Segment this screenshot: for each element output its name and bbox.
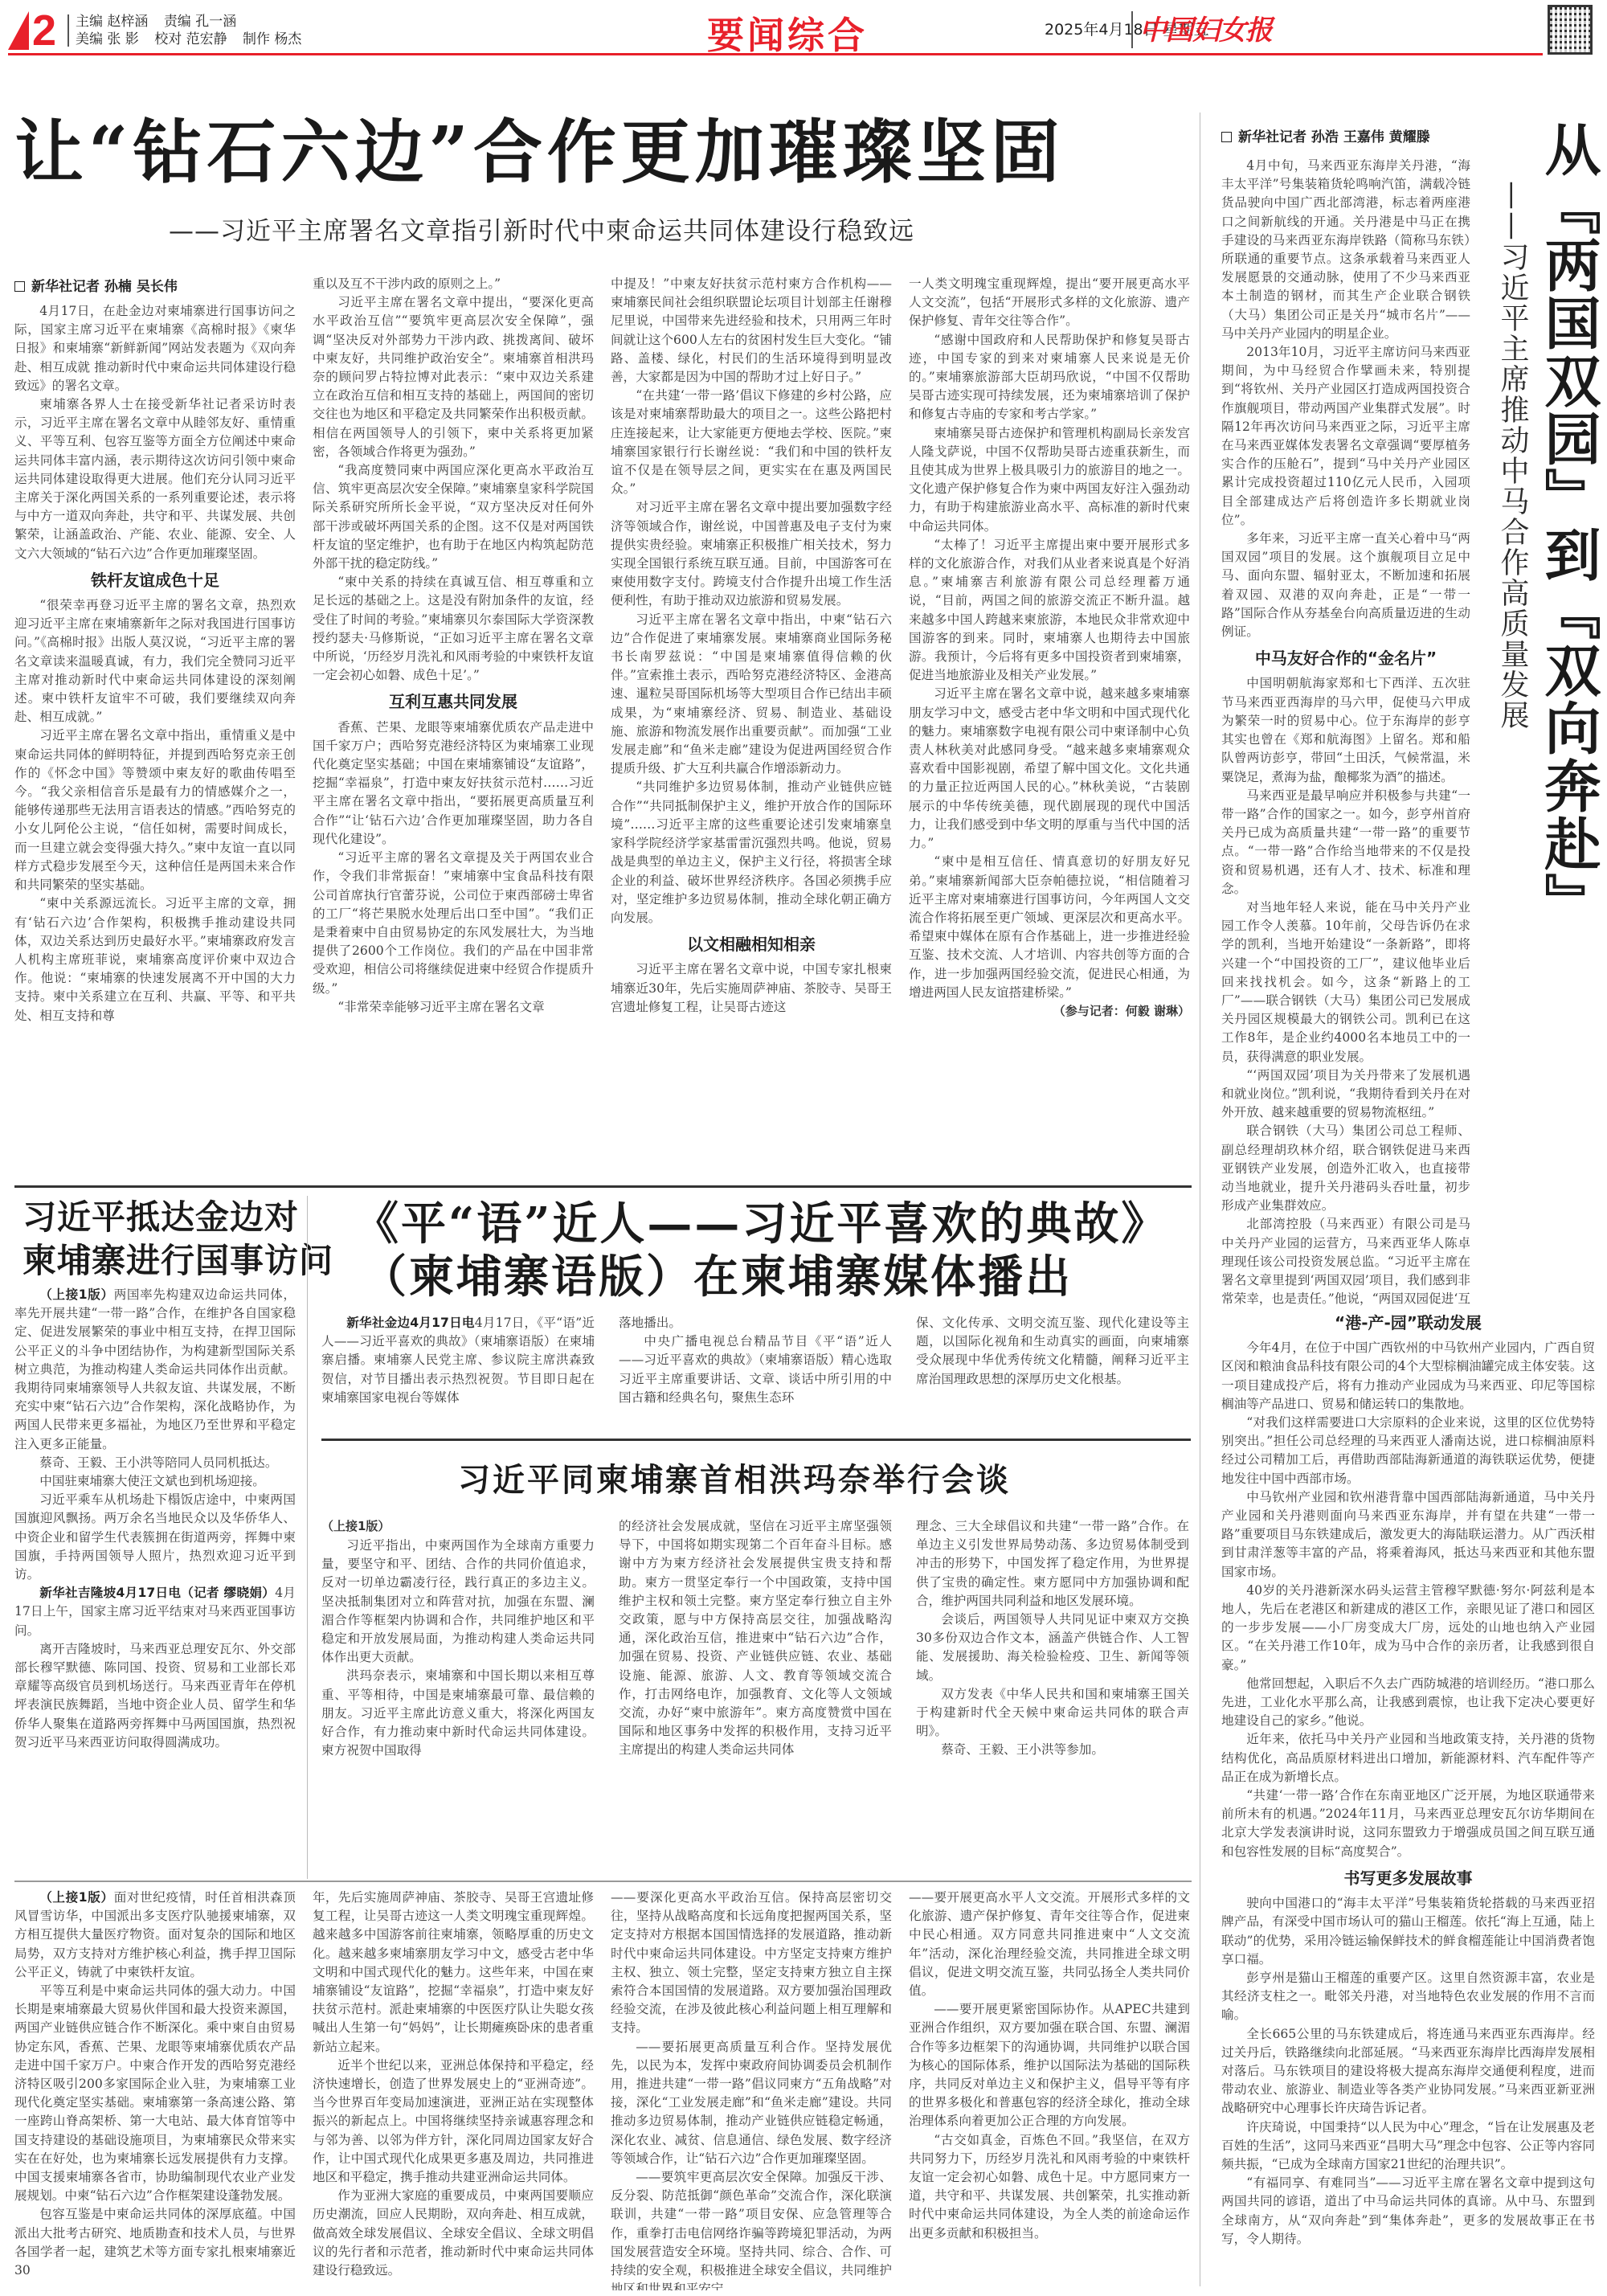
dateline: 新华社吉隆坡4月17日电（记者 缪晓娟） bbox=[39, 1586, 275, 1600]
paragraph: “我高度赞同柬中两国应深化更高水平政治互信、筑牢更高层次安全保障。”柬埔寨皇家科… bbox=[313, 461, 594, 573]
paragraph: 4月17日，在赴金边对柬埔寨进行国事访问之际，国家主席习近平在柬埔寨《高棉时报》… bbox=[14, 302, 296, 395]
paragraph: ——要开展更紧密国际协作。从APEC共建到亚洲合作组织，双方要加强在联合国、东盟… bbox=[909, 2000, 1190, 2130]
paragraph: 中央广播电视总台精品节目《平“语”近人——习近平喜欢的典故》（柬埔寨语版）精心选… bbox=[619, 1332, 892, 1406]
lead-column-2: 重以及互不干涉内政的原则之上。”习近平主席在署名文章中提出，“要深化更高水平政治… bbox=[313, 275, 594, 1174]
paragraph: 洪玛奈表示，柬埔寨和中国长期以来相互尊重、平等相待，中国是柬埔寨最可靠、最信赖的… bbox=[321, 1667, 595, 1760]
paragraph: 新华社金边4月17日电4月17日，《平“语”近人——习近平喜欢的典故》（柬埔寨语… bbox=[321, 1314, 595, 1406]
paragraph: 落地播出。 bbox=[619, 1314, 892, 1332]
paragraph: 保、文化传承、文明交流互鉴、现代化建设等主题，以国际化视角和生动真实的画面，向柬… bbox=[916, 1314, 1189, 1389]
paragraph: “共建‘一带一路’合作在东南亚地区广泛开展，为地区联通带来前所未有的机遇。”20… bbox=[1221, 1786, 1595, 1861]
paragraph: 他常回想起，入职后不久去广西防城港的培训经历。“港口那么先进，工业化水平那么高，… bbox=[1221, 1675, 1595, 1731]
qr-code-icon[interactable] bbox=[1548, 5, 1593, 55]
paragraph: 离开吉隆坡时，马来西亚总理安瓦尔、外交部部长穆罕默德、陈同国、投资、贸易和工业部… bbox=[14, 1640, 296, 1752]
paragraph: 彭亨州是猫山王榴莲的重要产区。这里自然资源丰富，农业是其经济支柱之一。毗邻关丹港… bbox=[1221, 1969, 1595, 2025]
continued-column-2: 年，先后实施周萨神庙、茶胶寺、吴哥王宫遗址修复工程，让吴哥古迹这一人类文明瑰宝重… bbox=[313, 1889, 594, 2290]
continued-column-1: （上接1版）面对世纪疫情，时任首相洪森顶风冒雪访华，中国派出多支医疗队驰援柬埔寨… bbox=[14, 1889, 296, 2290]
credits-line-1: 主编 赵梓涵 责编 孔一涵 bbox=[76, 13, 313, 31]
feature-vertical-subheadline: ——习近平主席推动中马合作高质量发展 bbox=[1496, 181, 1528, 731]
section-subheading: 中马友好合作的“金名片” bbox=[1221, 649, 1470, 668]
paragraph: 柬埔寨各界人士在接受新华社记者采访时表示，习近平主席在署名文章中从睦邻友好、重情… bbox=[14, 395, 296, 563]
paragraph: 会谈后，两国领导人共同见证中柬双方交换30多份双边合作文本，涵盖产供链合作、人工… bbox=[916, 1610, 1189, 1685]
paragraph: 香蕉、芒果、龙眼等柬埔寨优质农产品走进中国千家万户；西哈努克港经济特区为柬埔寨工… bbox=[313, 718, 594, 849]
paragraph: 近年来，依托马中关丹产业园和当地政策支持，关丹港的货物结构优化，高品质原材料进出… bbox=[1221, 1730, 1595, 1786]
square-bullet-icon bbox=[1221, 132, 1232, 142]
paragraph: “‘两国双园’项目为关丹带来了发展机遇和就业岗位。”凯利说，“我期待看到关丹在对… bbox=[1221, 1066, 1470, 1123]
dateline: （上接1版） bbox=[39, 1287, 114, 1302]
paragraph: 中国明朝航海家郑和七下西洋、五次驻节马来西亚西海岸的马六甲，促使马六甲成为繁荣一… bbox=[1221, 674, 1470, 786]
paragraph: ——要拓展更高质量互利合作。坚持发展优先，以民为本，发挥中柬政府间协调委员会机制… bbox=[611, 2038, 892, 2168]
paragraph: 习近平主席在署名文章中说，中国专家扎根柬埔寨近30年，先后实施周萨神庙、茶胶寺、… bbox=[611, 960, 892, 1017]
paragraph: 4月中旬，马来西亚东海岸关丹港，“海丰太平洋”号集装箱货轮鸣响汽笛，满载冷链货品… bbox=[1221, 157, 1470, 343]
page-number-badge: 2 bbox=[8, 11, 53, 50]
paragraph: “非常荣幸能够习近平主席在署名文章 bbox=[313, 998, 594, 1017]
paragraph: 40岁的关丹港新深水码头运营主管穆罕默德·努尔·阿兹利是本地人，先后在老港区和新… bbox=[1221, 1582, 1595, 1675]
newspaper-logo: 中国妇女报 bbox=[1139, 8, 1272, 47]
talks-headline[interactable]: 习近平同柬埔寨首相洪玛奈举行会谈 bbox=[458, 1455, 1011, 1500]
paragraph: 的经济社会发展成就，坚信在习近平主席坚强领导下，中国将如期实现第二个百年奋斗目标… bbox=[619, 1517, 892, 1760]
paragraph: 习近平主席在署名文章中指出，重情重义是中柬命运共同体的鲜明特征，并提到西哈努克亲… bbox=[14, 726, 296, 894]
video-column-1: 新华社金边4月17日电4月17日，《平“语”近人——习近平喜欢的典故》（柬埔寨语… bbox=[321, 1314, 595, 1406]
paragraph: “柬中关系的持续在真诚互信、相互尊重和立足长远的基础之上。这是没有附加条件的友谊… bbox=[313, 573, 594, 685]
continued-column-4: ——要开展更高水平人文交流。开展形式多样的文化旅游、遗产保护修复、青年交往等合作… bbox=[909, 1889, 1190, 2290]
section-title: 要闻综合 bbox=[707, 6, 868, 59]
paragraph: 对习近平主席在署名文章中提出要加强数字经济等领域合作，谢丝说，中国普惠及电子支付… bbox=[611, 498, 892, 610]
paragraph: 习近平主席在署名文章中说，越来越多柬埔寨朋友学习中文，感受古老中华文明和中国式现… bbox=[909, 685, 1190, 853]
video-headline[interactable]: 《平“语”近人——习近平喜欢的典故》 （柬埔寨语版）在柬埔寨媒体播出 bbox=[354, 1197, 1168, 1304]
talks-continued-label: （上接1版） bbox=[321, 1517, 390, 1534]
paragraph: 近半个世纪以来，亚洲总体保持和平稳定，经济快速增长，创造了世界发展史上的“亚洲奇… bbox=[313, 2057, 594, 2187]
paragraph: （上接1版）面对世纪疫情，时任首相洪森顶风冒雪访华，中国派出多支医疗队驰援柬埔寨… bbox=[14, 1889, 296, 1982]
feature-vertical-headline[interactable]: 从『两国双园』到『双向奔赴』 bbox=[1536, 121, 1601, 931]
paragraph: 习近平指出，中柬两国作为全球南方重要力量，要坚守和平、团结、合作的共同价值追求，… bbox=[321, 1537, 595, 1667]
video-column-2: 落地播出。中央广播电视总台精品节目《平“语”近人——习近平喜欢的典故》（柬埔寨语… bbox=[619, 1314, 892, 1406]
paragraph: 全长665公里的马东铁建成后，将连通马来西亚东西海岸。经过关丹后，铁路继续向北部… bbox=[1221, 2025, 1595, 2118]
paragraph: 新华社吉隆坡4月17日电（记者 缪晓娟）4月17日上午，国家主席习近平结束对马来… bbox=[14, 1584, 296, 1640]
section-subheading: 以文相融相知相亲 bbox=[611, 935, 892, 954]
paragraph: “太棒了！习近平主席提出柬中要开展形式多样的文化旅游合作，对我们从业者来说真是个… bbox=[909, 536, 1190, 686]
paragraph: 中提及！”中柬友好扶贫示范村柬方合作机构——柬埔寨民间社会组织联盟论坛项目计划部… bbox=[611, 275, 892, 387]
paragraph: 理念、三大全球倡议和共建“一带一路”合作。在单边主义引发世界局势动荡、多边贸易体… bbox=[916, 1517, 1189, 1610]
paragraph: “习近平主席的署名文章提及关于两国农业合作，令我们非常振奋！”柬埔寨中宝食品科技… bbox=[313, 849, 594, 998]
section-subheading: 互利互惠共同发展 bbox=[313, 693, 594, 711]
paragraph: 多年来，习近平主席一直关心着中马“两国双园”项目的发展。这个旗舰项目立足中马、面… bbox=[1221, 530, 1470, 641]
feature-byline: 新华社记者 孙浩 王嘉伟 黄耀滕 bbox=[1221, 125, 1430, 145]
talks-column-2: 的经济社会发展成就，坚信在习近平主席坚强领导下，中国将如期实现第二个百年奋斗目标… bbox=[619, 1517, 892, 1871]
paragraph: 习近平主席在署名文章中指出，中柬“钻石六边”合作促进了柬埔寨发展。柬埔寨商业国际… bbox=[611, 611, 892, 779]
paragraph: 习近平乘车从机场赴下榻饭店途中，中柬两国国旗迎风飘扬。两万余名当地民众以及华侨华… bbox=[14, 1491, 296, 1584]
paragraph: 今年4月，在位于中国广西钦州的中马钦州产业园内，广西自贸区闵和粮油食品科技有限公… bbox=[1221, 1339, 1595, 1414]
lead-byline: 新华社记者 孙楠 吴长伟 bbox=[14, 275, 178, 295]
chief-editor: 主编 赵梓涵 bbox=[76, 14, 148, 30]
arrival-article-body: （上接1版）两国率先构建双边命运共同体，率先开展共建“一带一路”合作，在维护各自… bbox=[14, 1286, 296, 1881]
proofreader: 校对 范宏静 bbox=[154, 31, 227, 47]
lead-subheadline: ——习近平主席署名文章指引新时代中柬命运共同体建设行稳致远 bbox=[169, 211, 914, 247]
paragraph: 联合钢铁（大马）集团公司总工程师、副总经理胡玖林介绍，联合钢铁促进马来西亚钢铁产… bbox=[1221, 1122, 1470, 1215]
square-bullet-icon bbox=[14, 281, 25, 292]
lead-column-4: 一人类文明瑰宝重现辉煌，提出“要开展更高水平人文交流”，包括“开展形式多样的文化… bbox=[909, 275, 1190, 1174]
paragraph: 对当地年轻人来说，能在马中关丹产业园工作令人羡慕。10年前，父母告诉仍在求学的凯… bbox=[1221, 898, 1470, 1066]
editor-credits: 主编 赵梓涵 责编 孔一涵 美编 张 影 校对 范宏静 制作 杨杰 bbox=[76, 13, 313, 48]
paragraph: 驶向中国港口的“海丰太平洋”号集装箱货轮搭载的马来西亚招牌产品，有深受中国市场认… bbox=[1221, 1894, 1595, 1969]
paragraph: 包容互鉴是中柬命运共同体的深厚底蕴。中国派出大批考古研究、地质勘查和技术人员，与… bbox=[14, 2205, 296, 2280]
credits-line-2: 美编 张 影 校对 范宏静 制作 杨杰 bbox=[76, 31, 313, 48]
feature-column-bottom: “港-产-园”联动发展今年4月，在位于中国广西钦州的中马钦州产业园内，广西自贸区… bbox=[1221, 1306, 1595, 2290]
lead-headline[interactable]: 让“钻石六边”合作更加璀璨坚固 bbox=[14, 113, 1065, 193]
paragraph: 北部湾控股（马来西亚）有限公司是马中关丹产业园的运营方，马来西亚华人陈卓理现任该… bbox=[1221, 1215, 1470, 1306]
paragraph: 一人类文明瑰宝重现辉煌，提出“要开展更高水平人文交流”，包括“开展形式多样的文化… bbox=[909, 275, 1190, 331]
paragraph: “古交如真金，百炼色不回。”我坚信，在双方共同努力下，历经岁月洗礼和风雨考验的中… bbox=[909, 2131, 1190, 2243]
section-subheading: 铁杆友谊成色十足 bbox=[14, 571, 296, 590]
paragraph: “感谢中国政府和人民帮助保护和修复吴哥古迹，中国专家的到来对柬埔寨人民来说是无价… bbox=[909, 331, 1190, 424]
masthead-rule bbox=[8, 53, 1543, 55]
paragraph: 作为亚洲大家庭的重要成员，中柬两国要顺应历史潮流，回应人民期盼，双向奔赴、相互成… bbox=[313, 2187, 594, 2280]
paragraph: 蔡奇、王毅、王小洪等参加。 bbox=[916, 1741, 1189, 1759]
paragraph: 平等互利是中柬命运共同体的强大动力。中国长期是柬埔寨最大贸易伙伴国和最大投资来源… bbox=[14, 1982, 296, 2205]
talks-column-3: 理念、三大全球倡议和共建“一带一路”合作。在单边主义引发世界局势动荡、多边贸易体… bbox=[916, 1517, 1189, 1871]
paragraph: 中国驻柬埔寨大使汪文斌也到机场迎接。 bbox=[14, 1472, 296, 1491]
lead-column-3: 中提及！”中柬友好扶贫示范村柬方合作机构——柬埔寨民间社会组织联盟论坛项目计划部… bbox=[611, 275, 892, 1174]
paragraph: 蔡奇、王毅、王小洪等陪同人员同机抵达。 bbox=[14, 1454, 296, 1472]
paragraph: 许庆琦说，中国秉持“以人民为中心”理念，“旨在让发展惠及老百姓的生活”，这同马来… bbox=[1221, 2118, 1595, 2175]
art-editor: 美编 张 影 bbox=[76, 31, 139, 47]
paragraph: 重以及互不干涉内政的原则之上。” bbox=[313, 275, 594, 293]
arrival-headline[interactable]: 习近平抵达金边对 柬埔寨进行国事访问 bbox=[22, 1196, 333, 1283]
contributor-note: （参与记者：何毅 谢琳） bbox=[909, 1002, 1190, 1021]
paragraph: 2013年10月，习近平主席访问马来西亚期间，为中马经贸合作擘画未来，特别提到“… bbox=[1221, 343, 1470, 530]
lead-column-1: 4月17日，在赴金边对柬埔寨进行国事访问之际，国家主席习近平在柬埔寨《高棉时报》… bbox=[14, 302, 296, 1174]
responsible-editor: 责编 孔一涵 bbox=[164, 14, 236, 30]
paragraph: “有福同享、有难同当”——习近平主席在署名文章中提到这句两国共同的谚语，道出了中… bbox=[1221, 2174, 1595, 2249]
talks-column-1: 习近平指出，中柬两国作为全球南方重要力量，要坚守和平、团结、合作的共同价值追求，… bbox=[321, 1537, 595, 1870]
paragraph: “柬中关系源远流长。习近平主席的文章，拥有‘钻石六边’合作架构，积极携手推动建设… bbox=[14, 894, 296, 1025]
paragraph: “很荣幸再登习近平主席的署名文章，热烈欢迎习近平主席在柬埔寨新年之际对我国进行国… bbox=[14, 596, 296, 726]
section-subheading: “港-产-园”联动发展 bbox=[1221, 1314, 1595, 1332]
paragraph: ——要深化更高水平政治互信。保持高层密切交往，坚持从战略高度和长远角度把握两国关… bbox=[611, 1889, 892, 2038]
paragraph: （上接1版）两国率先构建双边命运共同体，率先开展共建“一带一路”合作，在维护各自… bbox=[14, 1286, 296, 1454]
paragraph: “对我们这样需要进口大宗原料的企业来说，这里的区位优势特别突出。”担任公司总经理… bbox=[1221, 1414, 1595, 1488]
paragraph: 中马钦州产业园和钦州港背靠中国西部陆海新通道，马中关丹产业园和关丹港则面向马来西… bbox=[1221, 1488, 1595, 1582]
paragraph: 年，先后实施周萨神庙、茶胶寺、吴哥王宫遗址修复工程，让吴哥古迹这一人类文明瑰宝重… bbox=[313, 1889, 594, 2057]
paragraph: ——要筑牢更高层次安全保障。加强反干涉、反分裂、防范抵御“颜色革命”交流合作，深… bbox=[611, 2168, 892, 2290]
dateline: （上接1版） bbox=[39, 1890, 114, 1905]
producer: 制作 杨杰 bbox=[243, 31, 301, 47]
feature-column-top: 4月中旬，马来西亚东海岸关丹港，“海丰太平洋”号集装箱货轮鸣响汽笛，满载冷链货品… bbox=[1221, 157, 1470, 1306]
paragraph: 柬埔寨吴哥古迹保护和管理机构副局长亲发宫人隆戈萨说，中国不仅帮助吴哥古迹重获新生… bbox=[909, 424, 1190, 536]
paragraph: 马来西亚是最早响应并积极参与共建“一带一路”合作的国家之一。如今，彭亨州首府关丹… bbox=[1221, 787, 1470, 898]
masthead: 2 主编 赵梓涵 责编 孔一涵 美编 张 影 校对 范宏静 制作 杨杰 要闻综合… bbox=[0, 0, 1607, 58]
section-subheading: 书写更多发展故事 bbox=[1221, 1869, 1595, 1888]
paragraph: “共同维护多边贸易体制，推动产业链供应链合作”“共同抵制保护主义，维护开放合作的… bbox=[611, 778, 892, 927]
paragraph: “柬中是相互信任、情真意切的好朋友好兄弟。”柬埔寨新闻部大臣奈帕德拉说，“相信随… bbox=[909, 853, 1190, 1002]
continued-column-3: ——要深化更高水平政治互信。保持高层密切交往，坚持从战略高度和长远角度把握两国关… bbox=[611, 1889, 892, 2290]
paragraph: 双方发表《中华人民共和国和柬埔寨王国关于构建新时代全天候中柬命运共同体的联合声明… bbox=[916, 1685, 1189, 1741]
paragraph: ——要开展更高水平人文交流。开展形式多样的文化旅游、遗产保护修复、青年交往等合作… bbox=[909, 1889, 1190, 2000]
dateline: 新华社金边4月17日电 bbox=[346, 1316, 475, 1330]
page-number: 2 bbox=[32, 8, 56, 53]
paragraph: 习近平主席在署名文章中提出，“要深化更高水平政治互信”“要筑牢更高层次安全保障”… bbox=[313, 293, 594, 461]
paragraph: “在共建‘一带一路’倡议下修建的乡村公路，应该是对柬埔寨帮助最大的项目之一。这些… bbox=[611, 387, 892, 498]
video-column-3: 保、文化传承、文明交流互鉴、现代化建设等主题，以国际化视角和生动真实的画面，向柬… bbox=[916, 1314, 1189, 1406]
